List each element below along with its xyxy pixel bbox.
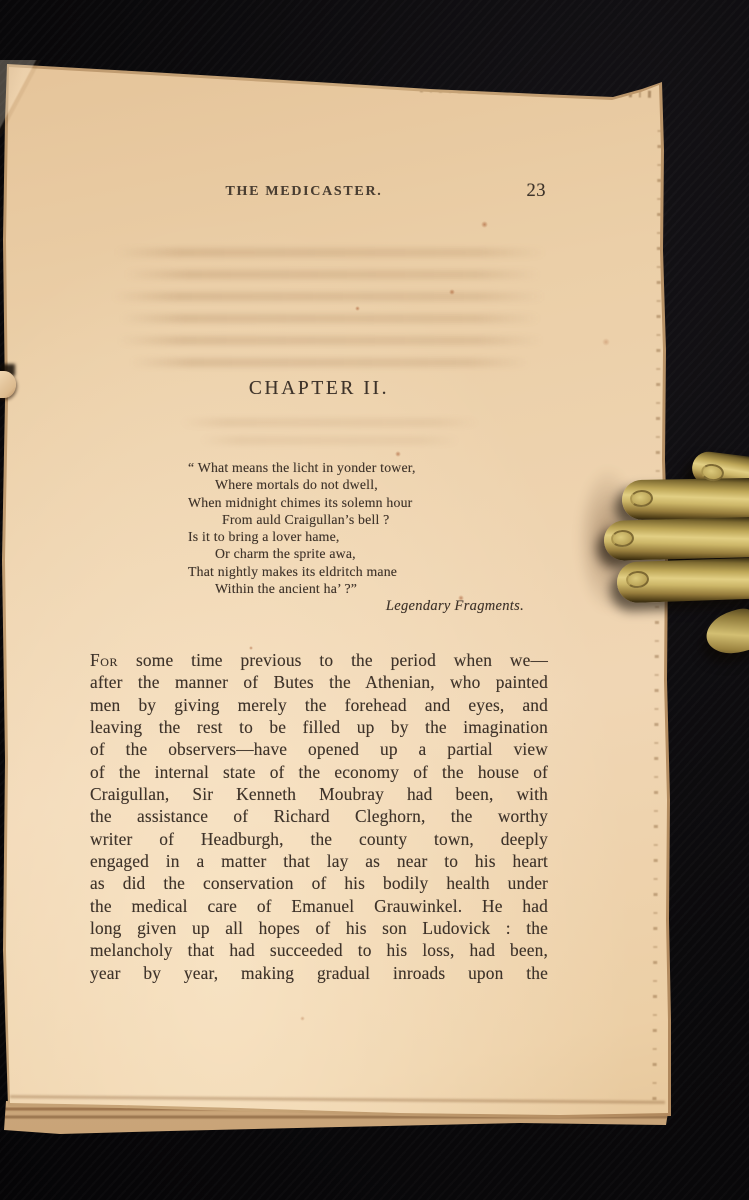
ghost-showthrough [118, 336, 543, 345]
epigraph-line: “ What means the licht in yonder tower, [188, 459, 558, 476]
body-line: Craigullan, Sir Kenneth Moubray had been… [90, 783, 548, 805]
epigraph-line: Where mortals do not dwell, [188, 476, 558, 493]
foxing-spot [395, 451, 401, 457]
body-line: the assistance of Richard Cleghorn, the … [90, 805, 548, 827]
body-line: For some time previous to the period whe… [90, 649, 548, 671]
epigraph-line: When midnight chimes its solemn hour [188, 494, 558, 511]
body-line: of the observers—have opened up a partia… [90, 738, 548, 760]
epigraph-line: Is it to bring a lover hame, [188, 528, 558, 545]
ghost-showthrough [120, 314, 540, 323]
body-line: after the manner of Butes the Athenian, … [90, 671, 548, 693]
foxing-spot [481, 221, 488, 228]
foxing-spot [300, 1016, 305, 1021]
brass-thumb [701, 604, 749, 660]
epigraph-attribution: Legendary Fragments. [188, 598, 524, 615]
body-line: the medical care of Emanuel Grauwinkel. … [90, 895, 548, 917]
foxing-spot [602, 338, 610, 346]
body-line: writer of Headburgh, the county town, de… [90, 828, 548, 850]
book-photograph: THE MEDICASTER. 23 CHAPTER II. “ What me… [0, 0, 749, 1200]
body-line: leaving the rest to be filled up by the … [90, 716, 548, 738]
body-line-text: some time previous to the period when we… [136, 650, 548, 670]
body-line: engaged in a matter that lay as near to … [90, 850, 548, 872]
body-line: long given up all hopes of his son Ludov… [90, 917, 548, 939]
ghost-showthrough [200, 436, 460, 445]
running-header: THE MEDICASTER. [90, 184, 518, 200]
ghost-showthrough [125, 270, 540, 279]
ghost-showthrough [180, 418, 480, 427]
epigraph-line: From auld Craigullan’s bell ? [188, 511, 558, 528]
page-header: THE MEDICASTER. 23 [90, 184, 548, 206]
body-line: of the internal state of the economy of … [90, 761, 548, 783]
foxing-spot [355, 306, 360, 311]
ghost-showthrough [130, 358, 530, 367]
body-paragraph: For some time previous to the period whe… [90, 649, 548, 984]
epigraph-line: Within the ancient ha’ ?” [188, 580, 558, 597]
body-line: melancholy that had succeeded to his los… [90, 939, 548, 961]
body-line: men by giving merely the forehead and ey… [90, 694, 548, 716]
body-line: as did the conservation of his bodily he… [90, 872, 548, 894]
body-line: year by year, making gradual inroads upo… [90, 962, 548, 984]
epigraph: “ What means the licht in yonder tower, … [188, 459, 558, 597]
lead-word: For [90, 650, 118, 670]
foxing-spot [449, 289, 455, 295]
page-number: 23 [527, 181, 547, 202]
epigraph-line: Or charm the sprite awa, [188, 545, 558, 562]
chapter-heading: CHAPTER II. [90, 378, 548, 400]
ghost-showthrough [115, 248, 545, 257]
epigraph-line: That nightly makes its eldritch mane [188, 563, 558, 580]
ghost-showthrough [112, 292, 544, 301]
